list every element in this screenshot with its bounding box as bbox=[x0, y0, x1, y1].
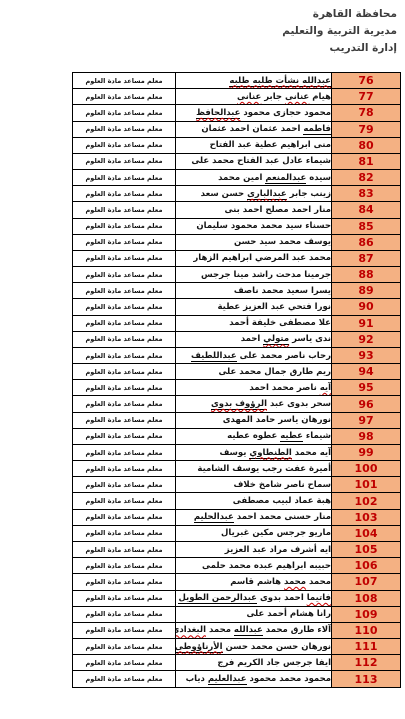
teacher-name-segment: احمد bbox=[241, 334, 264, 344]
table-row: 108فاتيما احمد بدوى عبدالرحمن الطويلمعلم… bbox=[73, 590, 401, 606]
row-number-cell: 82 bbox=[332, 170, 401, 186]
teacher-name-cell: آلاء طارق محمد عبدالله محمد البغدادى bbox=[176, 622, 332, 638]
teacher-name-segment: عبداللطيف bbox=[191, 351, 237, 362]
teacher-name-cell: شيماء عادل عبد الفتاح محمد على bbox=[176, 153, 332, 169]
teacher-name-cell: منار احمد مصلح احمد بنى bbox=[176, 202, 332, 218]
teacher-name-segment: عبدالحافظ bbox=[196, 108, 240, 119]
teacher-name-segment: يوسف bbox=[219, 448, 249, 458]
teacher-name-segment: منار حسنى محمد احمد bbox=[234, 512, 331, 522]
teacher-name-cell: شيماء عطيه عطوه عطيه bbox=[176, 428, 332, 444]
teacher-name-segment: محمد عبد المرضي ابراهيم الزهار bbox=[193, 253, 331, 263]
row-number-cell: 111 bbox=[332, 639, 401, 655]
row-number-cell: 109 bbox=[332, 606, 401, 622]
teacher-name-cell: هيام عنانى جابر عنانى bbox=[176, 89, 332, 105]
teacher-name-segment: هيام bbox=[309, 92, 331, 102]
table-row: 95آيه ناصر محمد احمدمعلم مساعد مادة العل… bbox=[73, 380, 401, 396]
table-row: 96سحر بدوى عبد الرؤوف بدوىمعلم مساعد ماد… bbox=[73, 396, 401, 412]
job-title-cell: معلم مساعد مادة العلوم bbox=[73, 364, 176, 380]
row-number-cell: 92 bbox=[332, 331, 401, 347]
table-row: 79فاطمه احمد عثمان احمد عثمانمعلم مساعد … bbox=[73, 121, 401, 137]
teacher-name-cell: ريم طارق جمال محمد على bbox=[176, 364, 332, 380]
row-number-cell: 107 bbox=[332, 574, 401, 590]
table-row: 78محمود حجازى محمود عبدالحافظمعلم مساعد … bbox=[73, 105, 401, 121]
teacher-name-cell: منى ابراهيم عطية عبد الفتاح bbox=[176, 137, 332, 153]
teacher-name-segment: الطنطاوي bbox=[249, 448, 291, 459]
table-row: 110آلاء طارق محمد عبدالله محمد البغدادىم… bbox=[73, 622, 401, 638]
teacher-name-segment: نورهان حسن محمد حسن bbox=[223, 642, 331, 652]
table-row: 91علا مصطفى خليفة أحمدمعلم مساعد مادة ال… bbox=[73, 315, 401, 331]
table-row: 77هيام عنانى جابر عنانىمعلم مساعد مادة ا… bbox=[73, 89, 401, 105]
teacher-name-segment: فاطمه bbox=[303, 124, 331, 135]
row-number-cell: 94 bbox=[332, 364, 401, 380]
teacher-name-segment: فاتيما bbox=[307, 593, 331, 603]
job-title-cell: معلم مساعد مادة العلوم bbox=[73, 574, 176, 590]
table-row: 98شيماء عطيه عطوه عطيهمعلم مساعد مادة ال… bbox=[73, 428, 401, 444]
row-number-cell: 100 bbox=[332, 461, 401, 477]
teacher-name-segment: شيماء bbox=[303, 431, 331, 441]
teacher-name-cell: علا مصطفى خليفة أحمد bbox=[176, 315, 332, 331]
teacher-name-segment: امين محمد bbox=[218, 173, 265, 183]
row-number-cell: 96 bbox=[332, 396, 401, 412]
job-title-cell: معلم مساعد مادة العلوم bbox=[73, 525, 176, 541]
job-title-cell: معلم مساعد مادة العلوم bbox=[73, 153, 176, 169]
teachers-table-body: 76عبدالله نشأت طلبه طلبهمعلم مساعد مادة … bbox=[73, 73, 401, 688]
teacher-name-cell: محمود حجازى محمود عبدالحافظ bbox=[176, 105, 332, 121]
teacher-name-cell: فاطمه احمد عثمان احمد عثمان bbox=[176, 121, 332, 137]
job-title-cell: معلم مساعد مادة العلوم bbox=[73, 250, 176, 266]
teacher-name-segment: ناصر محمد احمد bbox=[249, 383, 319, 393]
teacher-name-segment: الأرناؤوطى bbox=[176, 642, 223, 653]
row-number-cell: 106 bbox=[332, 558, 401, 574]
row-number-cell: 101 bbox=[332, 477, 401, 493]
teacher-name-cell: جرمينا مدحت راشد مينا جرجس bbox=[176, 267, 332, 283]
row-number-cell: 90 bbox=[332, 299, 401, 315]
teacher-name-segment: احمد عثمان احمد عثمان bbox=[201, 124, 303, 134]
table-row: 99آيه محمد الطنطاوي يوسفمعلم مساعد مادة … bbox=[73, 444, 401, 460]
teacher-name-segment: ندى ياسر bbox=[289, 334, 331, 344]
teacher-name-segment: آيه bbox=[320, 383, 331, 393]
teacher-name-cell: عبدالله نشأت طلبه طلبه bbox=[176, 73, 332, 89]
teacher-name-segment: عنانى bbox=[237, 92, 261, 102]
row-number-cell: 103 bbox=[332, 509, 401, 525]
teacher-name-segment: حسناء سيد محمد محمود سليمان bbox=[196, 221, 331, 231]
teacher-name-cell: فاتيما احمد بدوى عبدالرحمن الطويل bbox=[176, 590, 332, 606]
teacher-name-segment: علا مصطفى خليفة أحمد bbox=[229, 318, 331, 328]
table-row: 83زينب جابر عبدالبارى حسن سعدمعلم مساعد … bbox=[73, 186, 401, 202]
row-number-cell: 99 bbox=[332, 444, 401, 460]
table-row: 100أميرة عفت رجب يوسف الشاميةمعلم مساعد … bbox=[73, 461, 401, 477]
teacher-name-cell: رحاب ناصر محمد على عبداللطيف bbox=[176, 347, 332, 363]
row-number-cell: 93 bbox=[332, 347, 401, 363]
teacher-name-segment: هاشم قاسم bbox=[230, 577, 284, 587]
table-row: 102هبة عماد لبيب مصطفىمعلم مساعد مادة ال… bbox=[73, 493, 401, 509]
table-row: 101سماح ناصر شامخ خلافمعلم مساعد مادة ال… bbox=[73, 477, 401, 493]
row-number-cell: 77 bbox=[332, 89, 401, 105]
teacher-name-segment: عبدالبارى bbox=[247, 189, 287, 200]
teacher-name-cell: هبة عماد لبيب مصطفى bbox=[176, 493, 332, 509]
teacher-name-segment: محمد bbox=[284, 577, 306, 587]
teacher-name-segment: محمد bbox=[206, 625, 234, 635]
job-title-cell: معلم مساعد مادة العلوم bbox=[73, 477, 176, 493]
teacher-name-segment: جرمينا مدحت راشد مينا جرجس bbox=[201, 270, 331, 280]
teacher-name-segment: ريم طارق جمال محمد على bbox=[218, 367, 331, 377]
job-title-cell: معلم مساعد مادة العلوم bbox=[73, 283, 176, 299]
teacher-name-segment: يسرا سعيد محمد ناصف bbox=[234, 286, 331, 296]
table-row: 104ماريو جرجس مكين غبريالمعلم مساعد مادة… bbox=[73, 525, 401, 541]
job-title-cell: معلم مساعد مادة العلوم bbox=[73, 396, 176, 412]
table-row: 112ايفا جرجس جاد الكريم فرجمعلم مساعد ما… bbox=[73, 655, 401, 671]
teacher-name-segment: رانا هشام أحمد على bbox=[246, 609, 331, 619]
document-page: محافظة القاهرة مديرية التربية والتعليم إ… bbox=[0, 0, 405, 719]
job-title-cell: معلم مساعد مادة العلوم bbox=[73, 218, 176, 234]
row-number-cell: 108 bbox=[332, 590, 401, 606]
job-title-cell: معلم مساعد مادة العلوم bbox=[73, 606, 176, 622]
teacher-name-segment: حسن سعد bbox=[201, 189, 247, 199]
teacher-name-segment: عبدالله نشأت طلبه طلبه bbox=[229, 76, 331, 87]
teacher-name-segment: شيماء عادل عبد الفتاح محمد على bbox=[191, 156, 331, 166]
row-number-cell: 79 bbox=[332, 121, 401, 137]
teacher-name-segment: محمود محمد محمود bbox=[247, 674, 331, 684]
job-title-cell: معلم مساعد مادة العلوم bbox=[73, 428, 176, 444]
table-row: 88جرمينا مدحت راشد مينا جرجسمعلم مساعد م… bbox=[73, 267, 401, 283]
job-title-cell: معلم مساعد مادة العلوم bbox=[73, 299, 176, 315]
row-number-cell: 112 bbox=[332, 655, 401, 671]
table-row: 76عبدالله نشأت طلبه طلبهمعلم مساعد مادة … bbox=[73, 73, 401, 89]
job-title-cell: معلم مساعد مادة العلوم bbox=[73, 105, 176, 121]
job-title-cell: معلم مساعد مادة العلوم bbox=[73, 315, 176, 331]
table-row: 87محمد عبد المرضي ابراهيم الزهارمعلم مسا… bbox=[73, 250, 401, 266]
job-title-cell: معلم مساعد مادة العلوم bbox=[73, 170, 176, 186]
job-title-cell: معلم مساعد مادة العلوم bbox=[73, 234, 176, 250]
teacher-name-segment: محمد bbox=[306, 577, 331, 587]
table-row: 86يوسف محمد سيد حسنمعلم مساعد مادة العلو… bbox=[73, 234, 401, 250]
table-row: 109رانا هشام أحمد علىمعلم مساعد مادة الع… bbox=[73, 606, 401, 622]
row-number-cell: 95 bbox=[332, 380, 401, 396]
teacher-name-segment: نورا فتحي عبد العزيز عطية bbox=[218, 302, 332, 312]
table-row: 94ريم طارق جمال محمد علىمعلم مساعد مادة … bbox=[73, 364, 401, 380]
table-row: 85حسناء سيد محمد محمود سليمانمعلم مساعد … bbox=[73, 218, 401, 234]
row-number-cell: 83 bbox=[332, 186, 401, 202]
job-title-cell: معلم مساعد مادة العلوم bbox=[73, 655, 176, 671]
job-title-cell: معلم مساعد مادة العلوم bbox=[73, 639, 176, 655]
teacher-name-segment: آيه محمد bbox=[292, 448, 331, 458]
job-title-cell: معلم مساعد مادة العلوم bbox=[73, 671, 176, 688]
teacher-name-segment: هبة عماد لبيب مصطفى bbox=[233, 496, 331, 506]
job-title-cell: معلم مساعد مادة العلوم bbox=[73, 121, 176, 137]
teacher-name-cell: منار حسنى محمد احمد عبدالحليم bbox=[176, 509, 332, 525]
teacher-name-segment: ايه أشرف مراد عبد العزيز bbox=[225, 545, 331, 555]
teacher-name-segment: سماح ناصر شامخ خلاف bbox=[233, 480, 331, 490]
teachers-table: 76عبدالله نشأت طلبه طلبهمعلم مساعد مادة … bbox=[72, 72, 401, 688]
teacher-name-segment: عبدالرحمن الطويل bbox=[178, 593, 257, 604]
row-number-cell: 86 bbox=[332, 234, 401, 250]
teacher-name-segment: عطوه عطيه bbox=[227, 431, 280, 441]
teacher-name-cell: سحر بدوى عبد الرؤوف بدوى bbox=[176, 396, 332, 412]
teacher-name-segment: منى ابراهيم عطية عبد الفتاح bbox=[210, 140, 331, 150]
teacher-name-segment: عبدالله bbox=[234, 625, 263, 636]
teacher-name-segment: جابر bbox=[261, 92, 285, 102]
row-number-cell: 102 bbox=[332, 493, 401, 509]
row-number-cell: 80 bbox=[332, 137, 401, 153]
header-governorate: محافظة القاهرة bbox=[282, 6, 397, 23]
row-number-cell: 81 bbox=[332, 153, 401, 169]
teacher-name-segment: ماريو جرجس مكين غبريال bbox=[221, 528, 331, 538]
table-row: 90نورا فتحي عبد العزيز عطيةمعلم مساعد ما… bbox=[73, 299, 401, 315]
job-title-cell: معلم مساعد مادة العلوم bbox=[73, 461, 176, 477]
header-department: إدارة التدريب bbox=[282, 40, 397, 57]
teacher-name-cell: حبيبه ابراهيم عبده محمد حلمى bbox=[176, 558, 332, 574]
teacher-name-segment: عبدالمنعم bbox=[265, 173, 306, 184]
teacher-name-cell: ايفا جرجس جاد الكريم فرج bbox=[176, 655, 332, 671]
teacher-name-segment: محمود حجازى محمود bbox=[240, 108, 331, 118]
teacher-name-segment: احمد بدوى bbox=[257, 593, 307, 603]
teacher-name-cell: نورهان ياسر حامد المهدى bbox=[176, 412, 332, 428]
teacher-name-segment: عنانى bbox=[285, 92, 309, 102]
teacher-name-segment: سحر بدوى عبد bbox=[267, 399, 331, 409]
teacher-name-segment: عبدالعليم bbox=[208, 674, 247, 685]
row-number-cell: 104 bbox=[332, 525, 401, 541]
teacher-name-segment: دياب bbox=[186, 674, 208, 684]
job-title-cell: معلم مساعد مادة العلوم bbox=[73, 331, 176, 347]
job-title-cell: معلم مساعد مادة العلوم bbox=[73, 267, 176, 283]
teacher-name-segment: نورهان ياسر حامد المهدى bbox=[223, 415, 331, 425]
teacher-name-cell: ماريو جرجس مكين غبريال bbox=[176, 525, 332, 541]
teacher-name-cell: آيه محمد الطنطاوي يوسف bbox=[176, 444, 332, 460]
job-title-cell: معلم مساعد مادة العلوم bbox=[73, 590, 176, 606]
teacher-name-cell: حسناء سيد محمد محمود سليمان bbox=[176, 218, 332, 234]
job-title-cell: معلم مساعد مادة العلوم bbox=[73, 558, 176, 574]
job-title-cell: معلم مساعد مادة العلوم bbox=[73, 493, 176, 509]
table-row: 103منار حسنى محمد احمد عبدالحليممعلم مسا… bbox=[73, 509, 401, 525]
row-number-cell: 78 bbox=[332, 105, 401, 121]
teacher-name-cell: ندى ياسر متولي احمد bbox=[176, 331, 332, 347]
teacher-name-cell: سيده عبدالمنعم امين محمد bbox=[176, 170, 332, 186]
teacher-name-segment: يوسف محمد سيد حسن bbox=[234, 237, 331, 247]
job-title-cell: معلم مساعد مادة العلوم bbox=[73, 412, 176, 428]
row-number-cell: 110 bbox=[332, 622, 401, 638]
teacher-name-cell: سماح ناصر شامخ خلاف bbox=[176, 477, 332, 493]
teacher-name-cell: زينب جابر عبدالبارى حسن سعد bbox=[176, 186, 332, 202]
teacher-name-segment: منار احمد مصلح احمد بنى bbox=[225, 205, 331, 215]
teacher-name-cell: رانا هشام أحمد على bbox=[176, 606, 332, 622]
row-number-cell: 98 bbox=[332, 428, 401, 444]
teacher-name-cell: يسرا سعيد محمد ناصف bbox=[176, 283, 332, 299]
header-directorate: مديرية التربية والتعليم bbox=[282, 23, 397, 40]
teacher-name-segment: ايفا جرجس جاد الكريم فرج bbox=[217, 658, 331, 668]
table-row: 93رحاب ناصر محمد على عبداللطيفمعلم مساعد… bbox=[73, 347, 401, 363]
teacher-name-cell: ايه أشرف مراد عبد العزيز bbox=[176, 541, 332, 557]
row-number-cell: 91 bbox=[332, 315, 401, 331]
row-number-cell: 113 bbox=[332, 671, 401, 688]
job-title-cell: معلم مساعد مادة العلوم bbox=[73, 380, 176, 396]
job-title-cell: معلم مساعد مادة العلوم bbox=[73, 347, 176, 363]
table-row: 81شيماء عادل عبد الفتاح محمد علىمعلم مسا… bbox=[73, 153, 401, 169]
teacher-name-cell: أميرة عفت رجب يوسف الشامية bbox=[176, 461, 332, 477]
table-row: 80منى ابراهيم عطية عبد الفتاحمعلم مساعد … bbox=[73, 137, 401, 153]
teacher-name-segment: أميرة عفت رجب يوسف الشامية bbox=[197, 464, 331, 474]
table-row: 97نورهان ياسر حامد المهدىمعلم مساعد مادة… bbox=[73, 412, 401, 428]
row-number-cell: 97 bbox=[332, 412, 401, 428]
teacher-name-cell: محمد محمد هاشم قاسم bbox=[176, 574, 332, 590]
teacher-name-segment: الرؤوف بدوى bbox=[211, 399, 267, 410]
table-row: 106حبيبه ابراهيم عبده محمد حلمىمعلم مساع… bbox=[73, 558, 401, 574]
teacher-name-segment: حبيبه ابراهيم عبده محمد حلمى bbox=[202, 561, 331, 571]
row-number-cell: 76 bbox=[332, 73, 401, 89]
job-title-cell: معلم مساعد مادة العلوم bbox=[73, 622, 176, 638]
teacher-name-segment: زينب جابر bbox=[287, 189, 331, 199]
job-title-cell: معلم مساعد مادة العلوم bbox=[73, 137, 176, 153]
teacher-name-cell: نورا فتحي عبد العزيز عطية bbox=[176, 299, 332, 315]
row-number-cell: 88 bbox=[332, 267, 401, 283]
teacher-name-segment: عطيه bbox=[280, 431, 303, 442]
teacher-name-segment: آلاء طارق محمد bbox=[263, 625, 331, 635]
teacher-name-segment: متولي bbox=[263, 334, 289, 345]
table-row: 105ايه أشرف مراد عبد العزيزمعلم مساعد ما… bbox=[73, 541, 401, 557]
teacher-name-segment: سيده bbox=[306, 173, 331, 183]
teacher-name-segment: البغدادى bbox=[176, 625, 207, 635]
row-number-cell: 85 bbox=[332, 218, 401, 234]
table-row: 84منار احمد مصلح احمد بنىمعلم مساعد مادة… bbox=[73, 202, 401, 218]
job-title-cell: معلم مساعد مادة العلوم bbox=[73, 202, 176, 218]
job-title-cell: معلم مساعد مادة العلوم bbox=[73, 444, 176, 460]
job-title-cell: معلم مساعد مادة العلوم bbox=[73, 509, 176, 525]
job-title-cell: معلم مساعد مادة العلوم bbox=[73, 89, 176, 105]
teacher-name-cell: محمد عبد المرضي ابراهيم الزهار bbox=[176, 250, 332, 266]
teacher-name-cell: نورهان حسن محمد حسن الأرناؤوطى bbox=[176, 639, 332, 655]
table-row: 82سيده عبدالمنعم امين محمدمعلم مساعد ماد… bbox=[73, 170, 401, 186]
table-row: 111نورهان حسن محمد حسن الأرناؤوطىمعلم مس… bbox=[73, 639, 401, 655]
doc-header: محافظة القاهرة مديرية التربية والتعليم إ… bbox=[282, 6, 397, 57]
table-row: 92ندى ياسر متولي احمدمعلم مساعد مادة الع… bbox=[73, 331, 401, 347]
row-number-cell: 89 bbox=[332, 283, 401, 299]
row-number-cell: 84 bbox=[332, 202, 401, 218]
teacher-name-cell: محمود محمد محمود عبدالعليم دياب bbox=[176, 671, 332, 688]
teacher-name-cell: آيه ناصر محمد احمد bbox=[176, 380, 332, 396]
table-row: 107محمد محمد هاشم قاسممعلم مساعد مادة ال… bbox=[73, 574, 401, 590]
teacher-name-segment: عبدالحليم bbox=[194, 512, 234, 523]
table-row: 89يسرا سعيد محمد ناصفمعلم مساعد مادة الع… bbox=[73, 283, 401, 299]
teacher-name-segment: رحاب ناصر محمد على bbox=[237, 351, 331, 361]
job-title-cell: معلم مساعد مادة العلوم bbox=[73, 73, 176, 89]
job-title-cell: معلم مساعد مادة العلوم bbox=[73, 541, 176, 557]
table-row: 113محمود محمد محمود عبدالعليم ديابمعلم م… bbox=[73, 671, 401, 688]
row-number-cell: 87 bbox=[332, 250, 401, 266]
teacher-name-cell: يوسف محمد سيد حسن bbox=[176, 234, 332, 250]
job-title-cell: معلم مساعد مادة العلوم bbox=[73, 186, 176, 202]
row-number-cell: 105 bbox=[332, 541, 401, 557]
